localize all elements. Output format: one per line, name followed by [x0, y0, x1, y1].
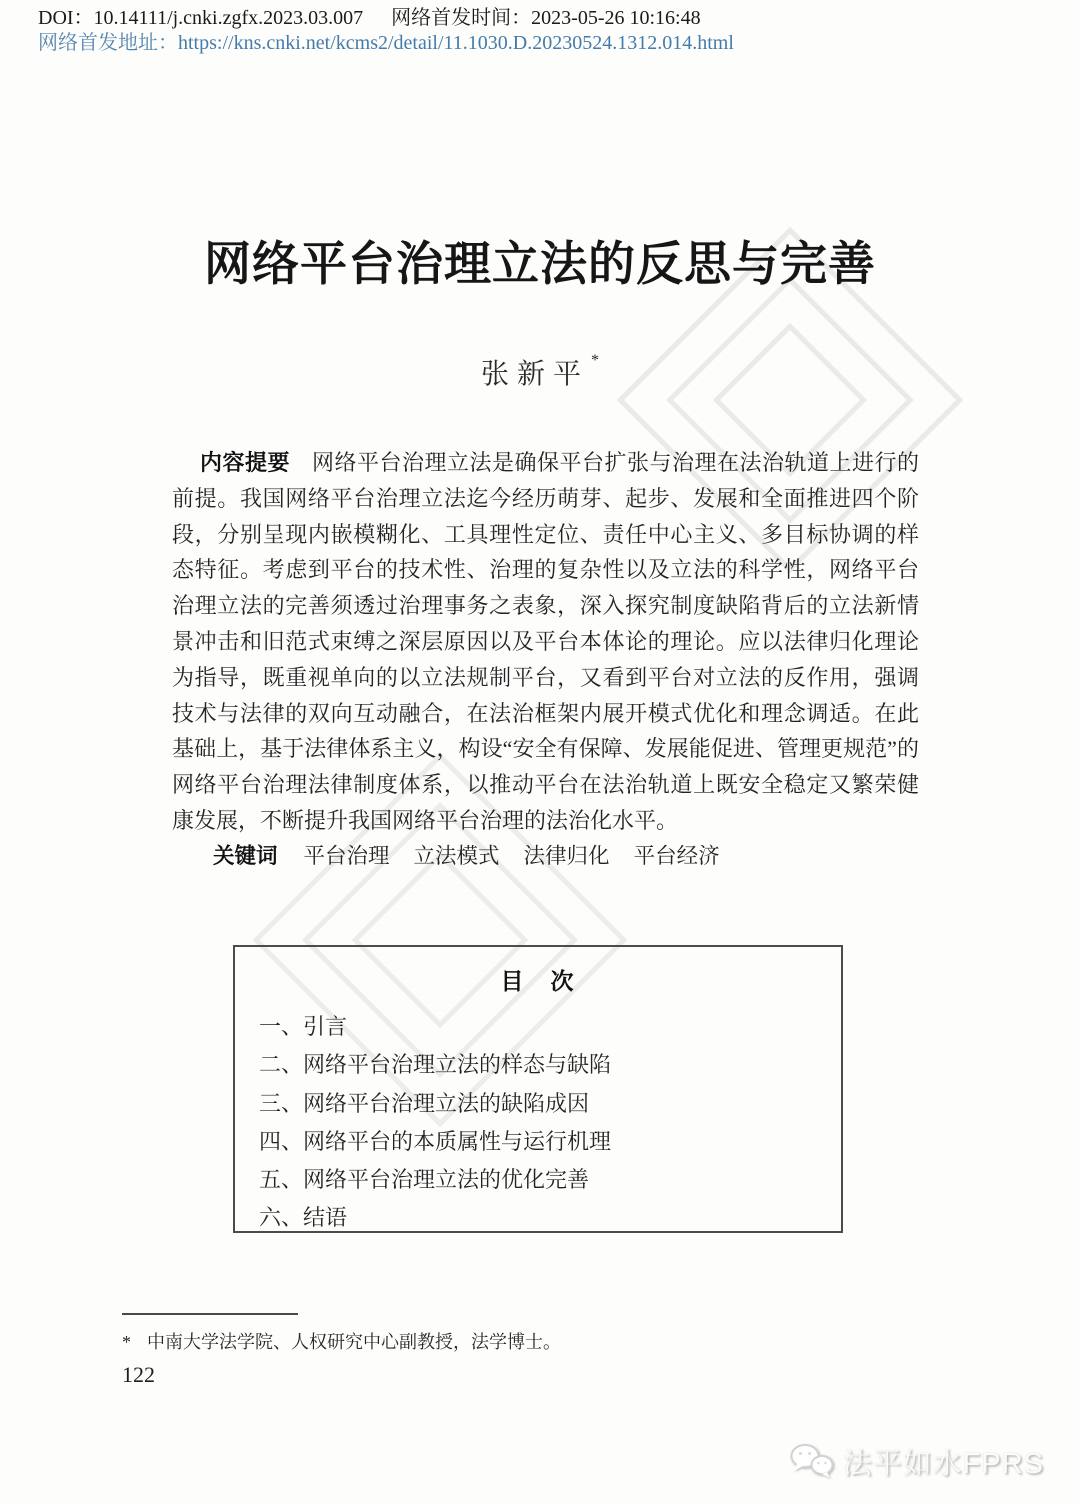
abstract-label: 内容提要: [200, 450, 290, 475]
online-url-line: 网络首发地址：https://kns.cnki.net/kcms2/detail…: [38, 31, 734, 56]
keyword: 平台治理: [304, 844, 390, 868]
author-name: 张新平: [481, 359, 589, 390]
abstract-paragraph: 内容提要网络平台治理立法是确保平台扩张与治理在法治轨道上进行的前提。我国网络平台…: [172, 445, 919, 839]
footnote-divider: [122, 1313, 298, 1315]
watermark-text: 法平如水FPRS: [843, 1441, 1044, 1482]
toc-item: 一、引言: [259, 1008, 841, 1046]
page-number: 122: [122, 1362, 155, 1388]
footnote-text: 中南大学法学院、人权研究中心副教授，法学博士。: [147, 1332, 561, 1352]
wechat-icon: [789, 1443, 835, 1481]
author-note-mark: *: [591, 352, 599, 369]
keyword: 法律归化: [524, 844, 610, 868]
author-line: 张新平*: [0, 352, 1080, 392]
online-url-label: 网络首发地址：: [38, 32, 178, 54]
toc-item: 三、网络平台治理立法的缺陷成因: [259, 1085, 841, 1123]
keyword: 立法模式: [414, 844, 500, 868]
toc-box: 目 次 一、引言 二、网络平台治理立法的样态与缺陷 三、网络平台治理立法的缺陷成…: [233, 945, 843, 1233]
toc-item: 二、网络平台治理立法的样态与缺陷: [259, 1046, 841, 1084]
article-title: 网络平台治理立法的反思与完善: [0, 227, 1080, 294]
toc-items: 一、引言 二、网络平台治理立法的样态与缺陷 三、网络平台治理立法的缺陷成因 四、…: [259, 1008, 841, 1238]
keywords-line: 关键词平台治理立法模式法律归化平台经济: [213, 839, 744, 870]
footnote-mark: *: [122, 1332, 131, 1352]
doi-label: DOI：: [38, 7, 94, 29]
doi-value: 10.14111/j.cnki.zgfx.2023.03.007: [94, 7, 364, 29]
toc-item: 五、网络平台治理立法的优化完善: [259, 1161, 841, 1199]
doi-line: DOI：10.14111/j.cnki.zgfx.2023.03.007网络首发…: [38, 6, 734, 31]
wechat-watermark: 法平如水FPRS: [789, 1441, 1044, 1482]
online-first-header: DOI：10.14111/j.cnki.zgfx.2023.03.007网络首发…: [38, 6, 734, 56]
online-url-link[interactable]: https://kns.cnki.net/kcms2/detail/11.103…: [178, 32, 734, 54]
document-page: DOI：10.14111/j.cnki.zgfx.2023.03.007网络首发…: [0, 0, 1080, 1505]
toc-item: 六、结语: [259, 1199, 841, 1237]
publish-time-value: 2023-05-26 10:16:48: [531, 7, 700, 29]
keyword: 平台经济: [634, 844, 720, 868]
toc-title: 目 次: [235, 963, 841, 996]
toc-item: 四、网络平台的本质属性与运行机理: [259, 1123, 841, 1161]
footnote: *中南大学法学院、人权研究中心副教授，法学博士。: [122, 1328, 561, 1354]
keywords-label: 关键词: [213, 844, 278, 868]
publish-time-label: 网络首发时间：: [391, 7, 531, 29]
abstract-text: 网络平台治理立法是确保平台扩张与治理在法治轨道上进行的前提。我国网络平台治理立法…: [172, 450, 919, 833]
